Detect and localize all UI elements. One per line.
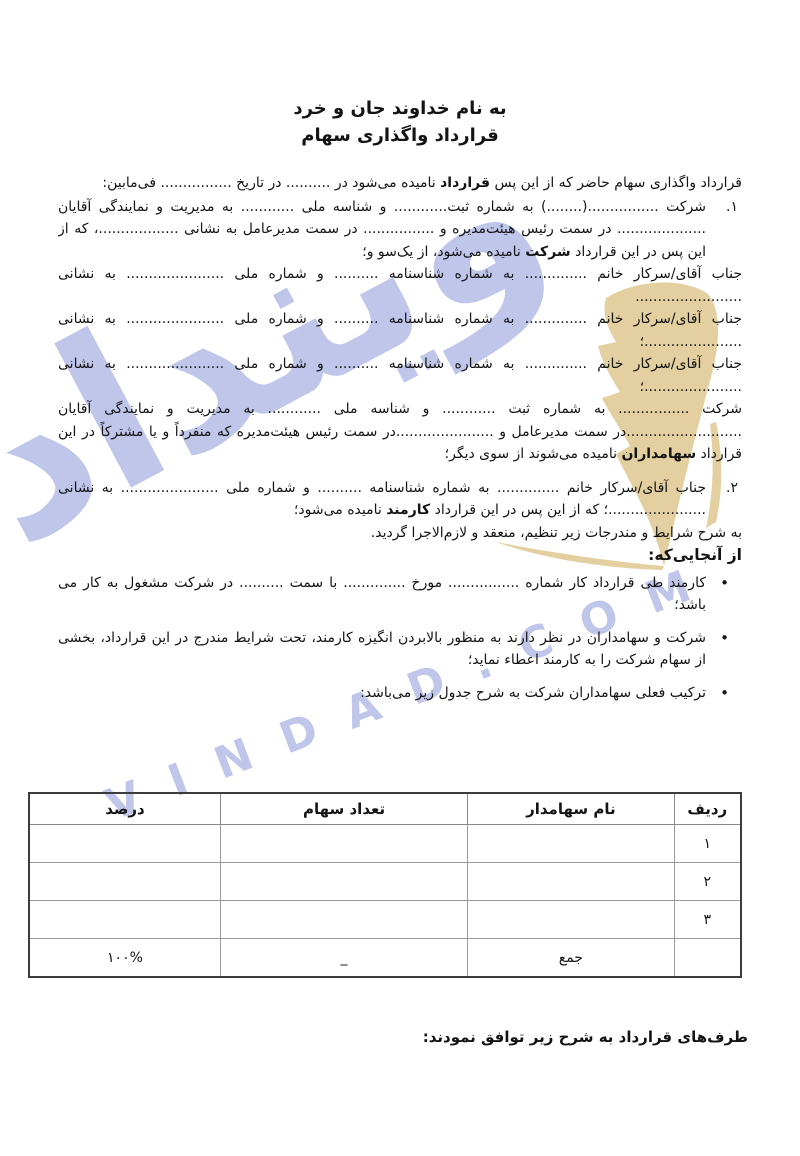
company2-post: نامیده می‌شوند از سوی دیگر؛	[445, 446, 622, 462]
document-titles: به نام خداوند جان و خرد قرارداد واگذاری …	[0, 95, 800, 149]
intro-bold-word: قرارداد	[440, 175, 490, 191]
col-header-percent: درصد	[29, 793, 220, 825]
cell-share-count	[220, 901, 467, 939]
cell-shareholder-name	[468, 901, 674, 939]
cell-percent	[29, 825, 220, 863]
table-row: ۲	[29, 863, 741, 901]
shareholders-company-block: شرکت ................ به شماره ثبت .....…	[58, 398, 742, 466]
contract-page: وینداد VINDAD.COM به نام خداوند جان و خر…	[0, 0, 800, 1156]
whereas-bullet-3-text: ترکیب فعلی سهامداران شرکت به شرح جدول زی…	[58, 682, 706, 705]
document-content: به نام خداوند جان و خرد قرارداد واگذاری …	[0, 0, 800, 1156]
whereas-bullet-2-text: شرکت و سهامداران در نظر دارند به منظور ب…	[58, 627, 706, 672]
contract-title: قرارداد واگذاری سهام	[0, 122, 800, 149]
cell-share-count	[220, 863, 467, 901]
intro-pre: قرارداد واگذاری سهام حاضر که از این پس	[490, 175, 742, 191]
bullet-icon: •	[720, 627, 729, 650]
item1-post: نامیده می‌شود، از یک‌سو و؛	[362, 244, 525, 260]
intro-paragraph: قرارداد واگذاری سهام حاضر که از این پس ق…	[58, 172, 742, 195]
bullet-icon: •	[720, 682, 729, 705]
party-item-1-text: شرکت ................(........) به شماره…	[58, 196, 706, 264]
whereas-bullet-2: • شرکت و سهامداران در نظر دارند به منظور…	[58, 627, 742, 672]
agreement-lead-in-line: طرف‌های قرارداد به شرح زیر توافق نمودند:	[423, 1028, 748, 1046]
bismillah-line: به نام خداوند جان و خرد	[0, 95, 800, 122]
item2-post: نامیده می‌شود؛	[294, 502, 386, 518]
whereas-bullet-1-text: کارمند طی قرارداد کار شماره ............…	[58, 572, 706, 617]
company2-bold-word: سهامداران	[621, 446, 696, 462]
col-header-share-count: تعداد سهام	[220, 793, 467, 825]
item-1-number: ۱.	[726, 196, 738, 219]
table-header-row: ردیف نام سهامدار تعداد سهام درصد	[29, 793, 741, 825]
person-block-3: جناب آقای/سرکار خانم .............. به ش…	[58, 353, 742, 398]
cell-shareholder-name	[468, 863, 674, 901]
intro-post: نامیده می‌شود در .......... در تاریخ ...…	[102, 175, 440, 191]
shareholders-table: ردیف نام سهامدار تعداد سهام درصد ۱ ۲	[28, 792, 742, 978]
cell-total-share-count: _	[220, 939, 467, 978]
party-item-2-text: جناب آقای/سرکار خانم .............. به ش…	[58, 477, 706, 522]
person-block-1: جناب آقای/سرکار خانم .............. به ش…	[58, 263, 742, 308]
cell-row-number: ۱	[674, 825, 741, 863]
cell-shareholder-name	[468, 825, 674, 863]
closing-line: به شرح شرایط و مندرجات زیر تنظیم، منعقد …	[58, 522, 742, 545]
item1-bold-word: شرکت	[525, 244, 570, 260]
item2-bold-word: کارمند	[386, 502, 430, 518]
party-item-2: ۲. جناب آقای/سرکار خانم .............. ب…	[58, 477, 742, 522]
cell-total-percent: ۱۰۰%	[29, 939, 220, 978]
whereas-bullet-1: • کارمند طی قرارداد کار شماره ..........…	[58, 572, 742, 617]
person-block-2: جناب آقای/سرکار خانم .............. به ش…	[58, 308, 742, 353]
col-header-row-number: ردیف	[674, 793, 741, 825]
item-2-number: ۲.	[726, 477, 738, 500]
cell-percent	[29, 901, 220, 939]
cell-row-number	[674, 939, 741, 978]
table-row: ۳	[29, 901, 741, 939]
whereas-bullet-3: • ترکیب فعلی سهامداران شرکت به شرح جدول …	[58, 682, 742, 705]
col-header-shareholder-name: نام سهامدار	[468, 793, 674, 825]
cell-share-count	[220, 825, 467, 863]
cell-percent	[29, 863, 220, 901]
whereas-heading: از آنجایی‌که:	[58, 544, 742, 567]
contract-body: قرارداد واگذاری سهام حاضر که از این پس ق…	[58, 172, 742, 788]
cell-total-label: جمع	[468, 939, 674, 978]
table-total-row: جمع _ ۱۰۰%	[29, 939, 741, 978]
shareholders-table-wrap: ردیف نام سهامدار تعداد سهام درصد ۱ ۲	[28, 792, 742, 978]
party-item-1: ۱. شرکت ................(........) به شم…	[58, 196, 742, 264]
cell-row-number: ۳	[674, 901, 741, 939]
bullet-icon: •	[720, 572, 729, 595]
cell-row-number: ۲	[674, 863, 741, 901]
table-row: ۱	[29, 825, 741, 863]
